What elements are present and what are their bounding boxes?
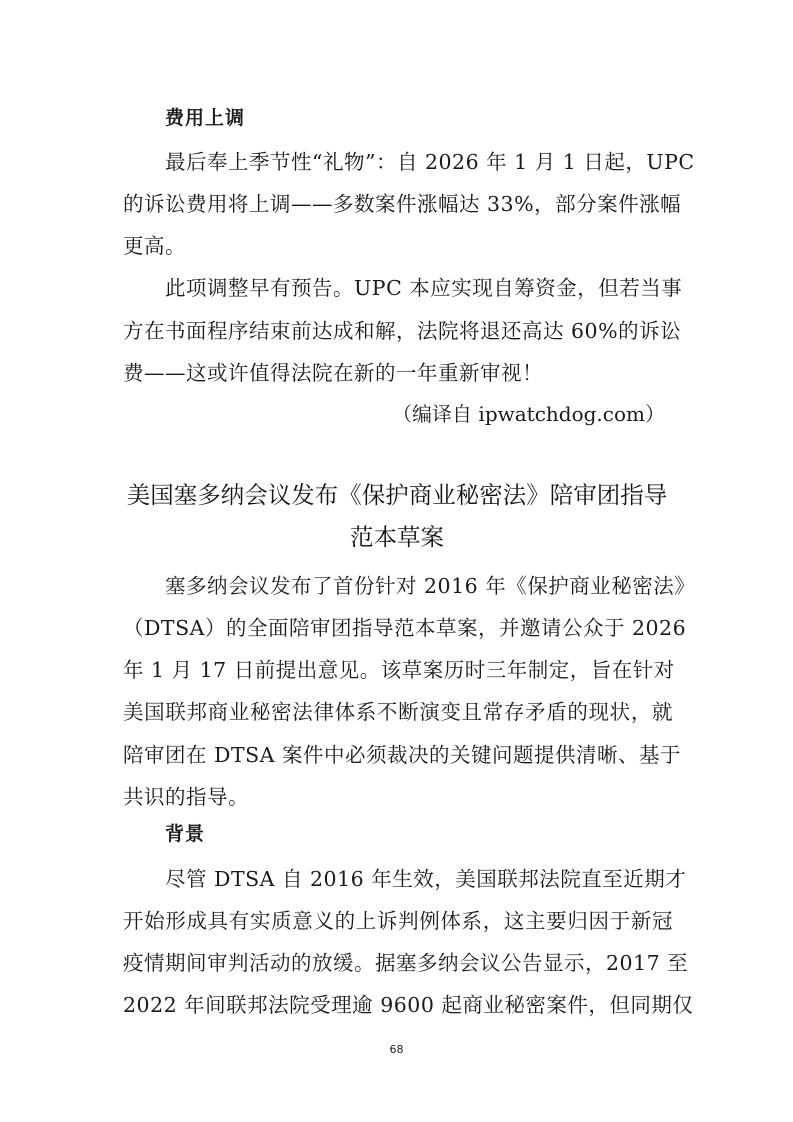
paragraph-line: 美国联邦商业秘密法律体系不断演变且常存矛盾的现状，就 [123, 700, 673, 724]
paragraph-line: 年 1 月 17 日前提出意见。该草案历时三年制定，旨在针对 [123, 658, 673, 682]
document-page: 费用上调 最后奉上季节性“礼物”：自 2026 年 1 月 1 日起，UPC 的… [0, 0, 793, 1122]
paragraph-line: 更高。 [123, 234, 673, 258]
section-heading-background: 背景 [165, 822, 673, 846]
paragraph-line: 尽管 DTSA 自 2016 年生效，美国联邦法院直至近期才 [165, 867, 673, 891]
paragraph-line: 最后奉上季节性“礼物”：自 2026 年 1 月 1 日起，UPC [165, 150, 673, 174]
source-attribution: （编译自 ipwatchdog.com） [392, 402, 665, 426]
paragraph-line: 开始形成具有实质意义的上诉判例体系，这主要归因于新冠 [123, 909, 673, 933]
paragraph-line: 疫情期间审判活动的放缓。据塞多纳会议公告显示，2017 至 [123, 951, 673, 975]
article-title-line2: 范本草案 [118, 522, 676, 552]
paragraph-line: 陪审团在 DTSA 案件中必须裁决的关键问题提供清晰、基于 [123, 743, 673, 767]
paragraph-line: 费——这或许值得法院在新的一年重新审视！ [123, 361, 673, 385]
article-title-line1: 美国塞多纳会议发布《保护商业秘密法》陪审团指导 [118, 480, 676, 510]
paragraph-line: 方在书面程序结束前达成和解，法院将退还高达 60%的诉讼 [123, 319, 673, 343]
page-number: 68 [0, 1043, 793, 1056]
paragraph-line: 塞多纳会议发布了首份针对 2016 年《保护商业秘密法》 [165, 574, 673, 598]
paragraph-line: 的诉讼费用将上调——多数案件涨幅达 33%，部分案件涨幅 [123, 192, 673, 216]
section-heading-fee-increase: 费用上调 [165, 106, 673, 130]
paragraph-line: 共识的指导。 [123, 785, 673, 809]
paragraph-line: 2022 年间联邦法院受理逾 9600 起商业秘密案件，但同期仅 [123, 993, 673, 1017]
paragraph-line: （DTSA）的全面陪审团指导范本草案，并邀请公众于 2026 [123, 616, 673, 640]
paragraph-line: 此项调整早有预告。UPC 本应实现自筹资金，但若当事 [165, 276, 673, 300]
